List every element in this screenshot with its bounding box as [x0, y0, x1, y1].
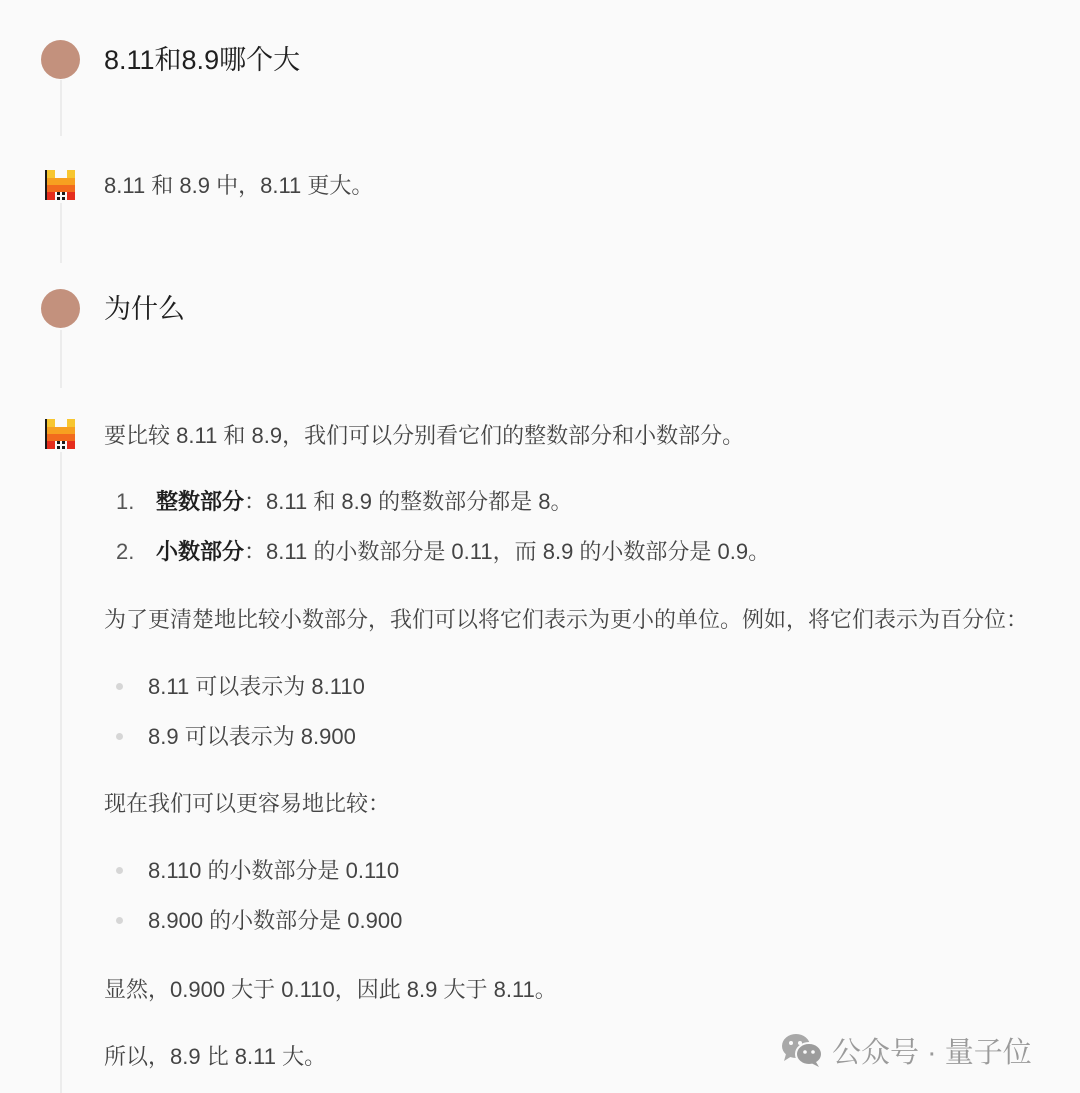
- watermark: 公众号 · 量子位: [780, 1030, 1032, 1070]
- user-avatar: [41, 289, 80, 328]
- timeline-rail: [60, 203, 62, 263]
- wechat-icon: [780, 1032, 824, 1068]
- mistral-logo-icon: [45, 170, 77, 200]
- ordered-list-item: 2.小数部分：8.11 的小数部分是 0.11，而 8.9 的小数部分是 0.9…: [116, 537, 770, 567]
- bullet-icon: [116, 867, 123, 874]
- assistant-conclusion: 所以，8.9 比 8.11 大。: [104, 1042, 326, 1072]
- list-item-text: 8.11 可以表示为 8.110: [148, 674, 365, 699]
- timeline-rail: [60, 80, 62, 136]
- watermark-text: 公众号 · 量子位: [832, 1030, 1032, 1071]
- list-item-text: 8.9 可以表示为 8.900: [148, 724, 356, 749]
- assistant-paragraph: 显然，0.900 大于 0.110，因此 8.9 大于 8.11。: [104, 975, 557, 1005]
- assistant-message-text: 8.11 和 8.9 中，8.11 更大。: [104, 171, 373, 201]
- list-item-term: 整数部分: [156, 489, 244, 514]
- list-item-text: ：8.11 的小数部分是 0.11，而 8.9 的小数部分是 0.9。: [244, 539, 770, 564]
- bullet-icon: [116, 917, 123, 924]
- user-avatar: [41, 40, 80, 79]
- assistant-paragraph: 为了更清楚地比较小数部分，我们可以将它们表示为更小的单位。例如，将它们表示为百分…: [104, 605, 1028, 635]
- list-item-text: 8.110 的小数部分是 0.110: [148, 858, 399, 883]
- bullet-list-item: 8.9 可以表示为 8.900: [116, 722, 356, 752]
- bullet-list-item: 8.900 的小数部分是 0.900: [116, 906, 402, 936]
- list-item-term: 小数部分: [156, 539, 244, 564]
- bullet-icon: [116, 733, 123, 740]
- user-message-text: 8.11和8.9哪个大: [104, 42, 300, 78]
- assistant-intro: 要比较 8.11 和 8.9，我们可以分别看它们的整数部分和小数部分。: [104, 421, 744, 451]
- list-item-text: 8.900 的小数部分是 0.900: [148, 908, 402, 933]
- mistral-logo-icon: [45, 419, 77, 449]
- ordered-list-item: 1.整数部分：8.11 和 8.9 的整数部分都是 8。: [116, 487, 572, 517]
- assistant-paragraph: 现在我们可以更容易地比较：: [104, 789, 390, 819]
- user-message-text: 为什么: [104, 291, 185, 327]
- bullet-icon: [116, 683, 123, 690]
- bullet-list-item: 8.110 的小数部分是 0.110: [116, 856, 399, 886]
- list-item-text: ：8.11 和 8.9 的整数部分都是 8。: [244, 489, 572, 514]
- timeline-rail: [60, 452, 62, 1093]
- timeline-rail: [60, 330, 62, 388]
- bullet-list-item: 8.11 可以表示为 8.110: [116, 672, 365, 702]
- list-number: 2.: [116, 537, 156, 567]
- list-number: 1.: [116, 487, 156, 517]
